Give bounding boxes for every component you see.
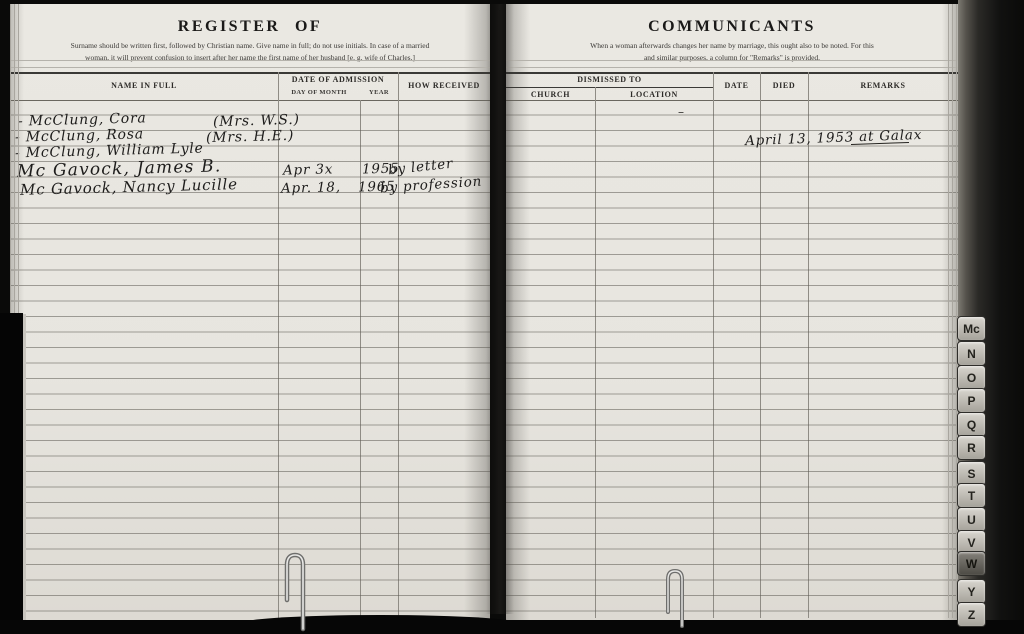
entry-day: Apr. 18,	[281, 179, 341, 197]
index-tab-z: Z	[957, 602, 986, 627]
column-header-church: CHURCH	[506, 90, 595, 99]
left-instruction-line2: woman, it will prevent confusion to inse…	[10, 52, 490, 64]
left-instruction-line1: Surname should be written first, followe…	[10, 40, 490, 52]
column-header-how-received: HOW RECEIVED	[398, 81, 490, 90]
left-page: REGISTER OF Surname should be written fi…	[10, 4, 490, 620]
index-tab-u: U	[957, 507, 986, 532]
right-instruction-line2: and similar purposes, a column for "Rema…	[506, 52, 958, 64]
left-lower-notch-edge	[23, 314, 26, 620]
location-dash-mark: –	[678, 105, 684, 119]
book-gutter-line	[499, 10, 501, 590]
index-tab-r: R	[957, 435, 986, 460]
rule-line	[506, 60, 958, 61]
register-book-scan: REGISTER OF Surname should be written fi…	[0, 0, 1024, 634]
column-header-dismissed-to: DISMISSED TO	[506, 75, 713, 84]
column-header-name: NAME IN FULL	[10, 81, 278, 90]
index-tab-q: Q	[957, 412, 986, 437]
column-header-remarks: REMARKS	[808, 81, 958, 90]
rule-line	[506, 67, 958, 68]
entry-day: Apr 3x	[283, 161, 334, 178]
left-lower-notch	[0, 313, 23, 634]
index-tab-mc: Mc	[957, 316, 986, 341]
right-instruction-line1: When a woman afterwards changes her name…	[506, 40, 958, 52]
index-tab-y: Y	[957, 579, 986, 604]
paperclip-icon	[662, 568, 688, 634]
entry-note: (Mrs. H.E.)	[206, 128, 295, 146]
column-header-day: DAY OF MONTH	[278, 89, 360, 96]
column-header-date: DATE	[713, 81, 760, 90]
column-header-year: YEAR	[360, 89, 398, 96]
ruled-lines	[506, 100, 958, 618]
book-bottom-edge	[0, 620, 1024, 634]
left-page-title: REGISTER OF	[10, 18, 490, 36]
left-page-stack-edges	[10, 4, 21, 313]
index-tab-p: P	[957, 388, 986, 413]
rule-line	[10, 60, 490, 61]
index-tab-w: W	[957, 551, 986, 576]
paperclip-icon	[280, 552, 310, 634]
column-header-died: DIED	[760, 81, 808, 90]
column-header-date-group: DATE OF ADMISSION	[278, 75, 398, 84]
index-tab-n: N	[957, 341, 986, 366]
column-header-location: LOCATION	[595, 90, 713, 99]
index-tab-t: T	[957, 483, 986, 508]
index-tab-o: O	[957, 365, 986, 390]
right-page-title: COMMUNICANTS	[506, 18, 958, 36]
right-page: COMMUNICANTS When a woman afterwards cha…	[506, 4, 958, 620]
header-top-line	[506, 72, 958, 74]
header-top-line	[10, 72, 490, 74]
dismissed-group-underline	[506, 87, 713, 88]
rule-line	[10, 67, 490, 68]
